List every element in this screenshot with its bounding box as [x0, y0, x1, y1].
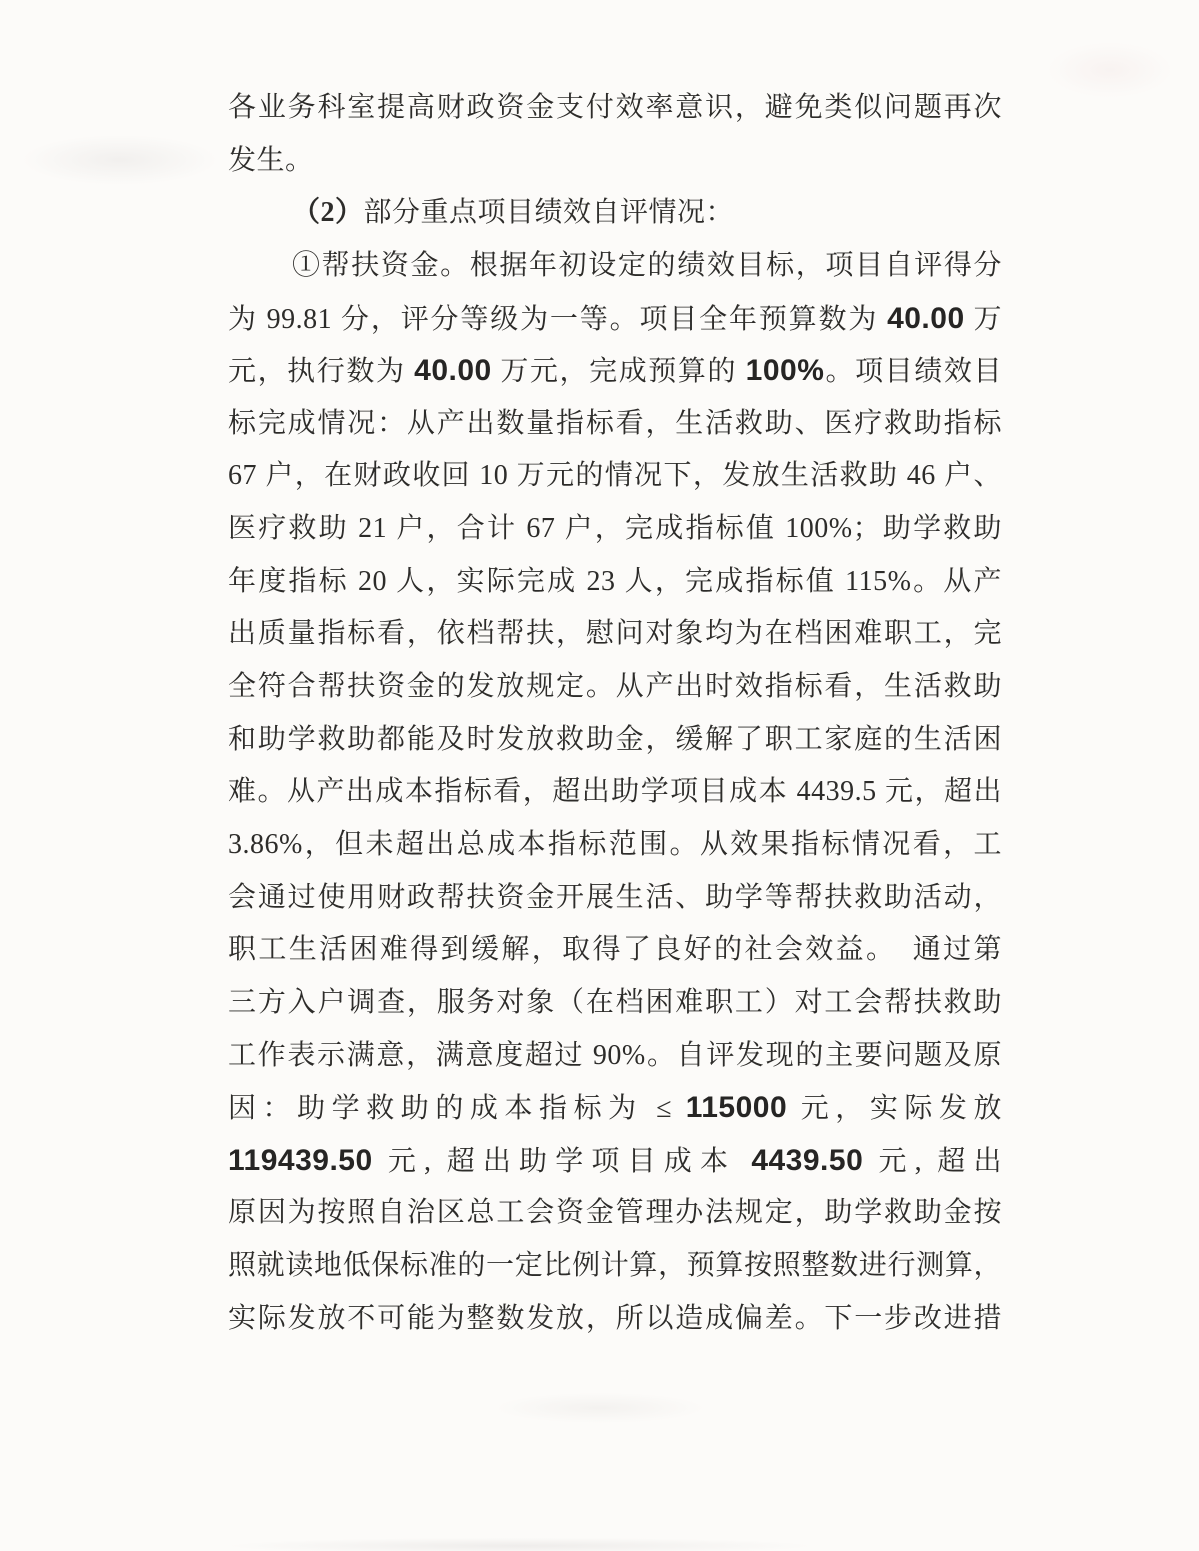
text-segment: 。项目绩效目: [824, 356, 1002, 387]
document-line: 难。从产出成本指标看，超出助学项目成本 4439.5 元，超出: [228, 766, 1002, 819]
highlight-number: 4439.50: [751, 1144, 863, 1177]
highlight-number: 100%: [746, 354, 825, 387]
document-line: 3.86%，但未超出总成本指标范围。从效果指标情况看，工: [228, 819, 1002, 872]
document-line: 因：助学救助的成本指标为 ≤ 115000 元，实际发放: [228, 1082, 1002, 1135]
text-segment: 全符合帮扶资金的发放规定。从产出时效指标看，生活救助: [228, 671, 1002, 702]
text-segment: 元, 超出助学项目成本: [373, 1146, 752, 1177]
document-line: 和助学救助都能及时发放救助金，缓解了职工家庭的生活困: [228, 714, 1002, 767]
text-segment: ①帮扶资金。根据年初设定的绩效目标，项目自评得分: [292, 250, 1002, 281]
highlight-number: 40.00: [887, 302, 965, 335]
text-segment: 出质量指标看，依档帮扶，慰问对象均为在档困难职工，完: [228, 618, 1002, 649]
document-line: 原因为按照自治区总工会资金管理办法规定，助学救助金按: [228, 1187, 1002, 1240]
document-line: 发生。: [228, 135, 1002, 188]
text-segment: 年度指标 20 人，实际完成 23 人，完成指标值 115%。从产: [228, 566, 1002, 597]
text-segment: 实际发放不可能为整数发放，所以造成偏差。下一步改进措: [228, 1303, 1002, 1334]
document-line: 为 99.81 分，评分等级为一等。项目全年预算数为 40.00 万: [228, 293, 1002, 346]
text-segment: 3.86%，但未超出总成本指标范围。从效果指标情况看，工: [228, 829, 1002, 860]
text-segment: 会通过使用财政帮扶资金开展生活、助学等帮扶救助活动，: [228, 882, 1002, 913]
text-segment: 发生。: [228, 145, 314, 176]
document-line: 出质量指标看，依档帮扶，慰问对象均为在档困难职工，完: [228, 608, 1002, 661]
document-line: 标完成情况：从产出数量指标看，生活救助、医疗救助指标: [228, 398, 1002, 451]
document-line: 67 户，在财政收回 10 万元的情况下，发放生活救助 46 户、: [228, 450, 1002, 503]
document-line: 三方入户调查，服务对象（在档困难职工）对工会帮扶救助: [228, 977, 1002, 1030]
document-line: 照就读地低保标准的一定比例计算，预算按照整数进行测算，: [228, 1240, 1002, 1293]
document-line: 职工生活困难得到缓解，取得了良好的社会效益。 通过第: [228, 924, 1002, 977]
text-segment: 和助学救助都能及时发放救助金，缓解了职工家庭的生活困: [228, 724, 1002, 755]
document-line: 工作表示满意，满意度超过 90%。自评发现的主要问题及原: [228, 1030, 1002, 1083]
document-line: 会通过使用财政帮扶资金开展生活、助学等帮扶救助活动，: [228, 872, 1002, 925]
highlight-number: 119439.50: [228, 1144, 373, 1177]
text-segment: 标完成情况：从产出数量指标看，生活救助、医疗救助指标: [228, 408, 1002, 439]
text-segment: 原因为按照自治区总工会资金管理办法规定，助学救助金按: [228, 1197, 1002, 1228]
text-segment: 三方入户调查，服务对象（在档困难职工）对工会帮扶救助: [228, 987, 1002, 1018]
text-segment: 万: [965, 304, 1002, 335]
text-segment: 为 99.81 分，评分等级为一等。项目全年预算数为: [228, 304, 887, 335]
text-segment: 医疗救助 21 户，合计 67 户，完成指标值 100%；助学救助: [228, 513, 1002, 544]
text-segment: 工作表示满意，满意度超过 90%。自评发现的主要问题及原: [228, 1040, 1002, 1071]
text-segment: 元，执行数为: [228, 356, 414, 387]
document-line: 119439.50 元, 超出助学项目成本 4439.50 元, 超出 3.86…: [228, 1135, 1002, 1188]
section-title: 部分重点项目绩效自评情况：: [364, 197, 735, 228]
document-line: ①帮扶资金。根据年初设定的绩效目标，项目自评得分: [228, 240, 1002, 293]
document-line: 实际发放不可能为整数发放，所以造成偏差。下一步改进措: [228, 1293, 1002, 1346]
text-segment: 万元，完成预算的: [492, 356, 746, 387]
text-segment: 67 户，在财政收回 10 万元的情况下，发放生活救助 46 户、: [228, 460, 1002, 491]
document-line-section-heading: （2）部分重点项目绩效自评情况：: [228, 187, 1002, 240]
text-segment: 照就读地低保标准的一定比例计算，预算按照整数进行测算，: [228, 1250, 1002, 1281]
text-segment: 因：助学救助的成本指标为 ≤: [228, 1093, 686, 1124]
document-line: 全符合帮扶资金的发放规定。从产出时效指标看，生活救助: [228, 661, 1002, 714]
document-line: 各业务科室提高财政资金支付效率意识，避免类似问题再次: [228, 82, 1002, 135]
document-line: 医疗救助 21 户，合计 67 户，完成指标值 100%；助学救助: [228, 503, 1002, 556]
text-segment: 各业务科室提高财政资金支付效率意识，避免类似问题再次: [228, 92, 1002, 123]
highlight-number: 115000: [686, 1091, 787, 1124]
document-line: 年度指标 20 人，实际完成 23 人，完成指标值 115%。从产: [228, 556, 1002, 609]
text-segment: 难。从产出成本指标看，超出助学项目成本 4439.5 元，超出: [228, 776, 1002, 807]
text-segment: 元, 超出: [863, 1146, 1002, 1177]
text-segment: 元，实际发放: [787, 1093, 1002, 1124]
document-text-block: 各业务科室提高财政资金支付效率意识，避免类似问题再次 发生。 （2）部分重点项目…: [228, 82, 1002, 1345]
highlight-number: 40.00: [414, 354, 492, 387]
section-number: （2）: [292, 197, 364, 228]
document-line: 元，执行数为 40.00 万元，完成预算的 100%。项目绩效目: [228, 345, 1002, 398]
document-page: 各业务科室提高财政资金支付效率意识，避免类似问题再次 发生。 （2）部分重点项目…: [0, 0, 1199, 1551]
text-segment: 职工生活困难得到缓解，取得了良好的社会效益。 通过第: [228, 934, 1002, 965]
